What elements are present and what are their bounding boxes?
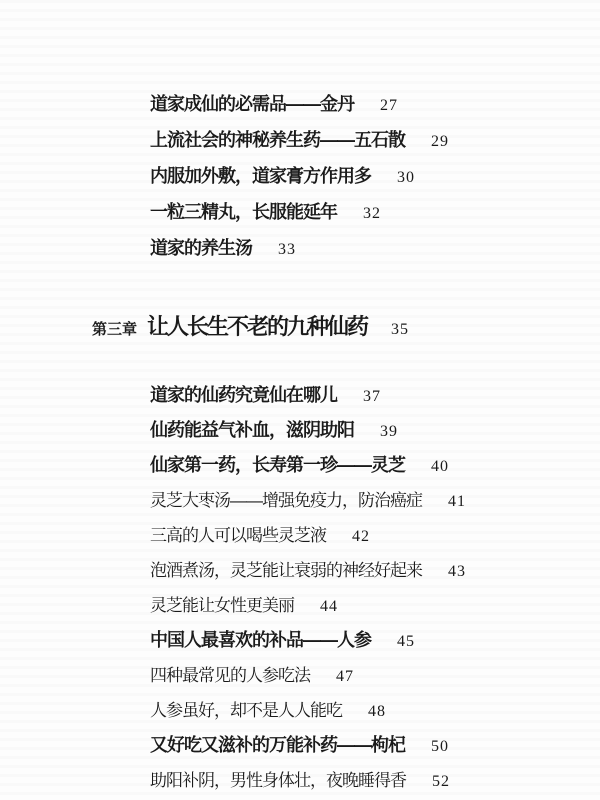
toc-entry-title: 内服加外敷，道家膏方作用多 [150,158,371,194]
chapter-heading: 第三章 让人长生不老的九种仙药 35 [0,310,600,344]
toc-entry-title: 灵芝大枣汤——增强免疫力，防治癌症 [150,483,422,518]
toc-entry-page-number: 33 [278,232,296,268]
toc-entry-page-number: 43 [448,554,466,589]
toc-entry: 仙家第一药，长寿第一珍——灵芝40 [0,448,600,483]
toc-entry-title: 四种最常见的人参吃法 [150,658,310,693]
toc-entry-title: 三高的人可以喝些灵芝液 [150,518,326,553]
toc-entry-title: 道家的仙药究竟仙在哪儿 [150,378,337,413]
toc-page: 道家成仙的必需品——金丹27上流社会的神秘养生药——五石散29内服加外敷，道家膏… [0,0,600,800]
toc-entry: 一粒三精丸，长服能延年32 [0,194,600,230]
toc-entry-page-number: 41 [448,484,466,519]
toc-entry-page-number: 39 [380,414,398,449]
toc-entry-title: 中国人最喜欢的补品——人参 [150,623,371,658]
toc-entry-title: 道家的养生汤 [150,230,252,266]
toc-entry-page-number: 52 [432,764,450,799]
toc-entry-page-number: 29 [431,124,449,160]
toc-entry: 仙药能益气补血，滋阴助阳39 [0,413,600,448]
toc-entry-page-number: 32 [363,196,381,232]
toc-entry-page-number: 48 [368,694,386,729]
toc-entry: 道家的养生汤33 [0,230,600,266]
toc-entry-page-number: 50 [431,729,449,764]
toc-entry: 三高的人可以喝些灵芝液42 [0,518,600,553]
toc-entry-title: 助阳补阴，男性身体壮，夜晚睡得香 [150,763,406,798]
toc-entry-page-number: 37 [363,379,381,414]
toc-entry-title: 仙药能益气补血，滋阴助阳 [150,413,354,448]
toc-entry: 灵芝能让女性更美丽44 [0,588,600,623]
toc-entries-previous-chapter: 道家成仙的必需品——金丹27上流社会的神秘养生药——五石散29内服加外敷，道家膏… [0,0,600,266]
toc-entry: 中国人最喜欢的补品——人参45 [0,623,600,658]
chapter-title: 让人长生不老的九种仙药 [147,310,367,344]
toc-entry-page-number: 30 [397,160,415,196]
toc-entry: 助阳补阴，男性身体壮，夜晚睡得香52 [0,763,600,798]
toc-entry-title: 又好吃又滋补的万能补药——枸杞 [150,728,405,763]
toc-entry-title: 一粒三精丸，长服能延年 [150,194,337,230]
toc-entry: 四种最常见的人参吃法47 [0,658,600,693]
toc-entry: 内服加外敷，道家膏方作用多30 [0,158,600,194]
toc-entry: 上流社会的神秘养生药——五石散29 [0,122,600,158]
toc-entry: 人参虽好，却不是人人能吃48 [0,693,600,728]
toc-entry-page-number: 45 [397,624,415,659]
toc-entries-chapter-three: 道家的仙药究竟仙在哪儿37仙药能益气补血，滋阴助阳39仙家第一药，长寿第一珍——… [0,378,600,798]
toc-entry-title: 灵芝能让女性更美丽 [150,588,294,623]
chapter-page-number: 35 [391,313,409,347]
toc-entry-page-number: 44 [320,589,338,624]
toc-entry-title: 人参虽好，却不是人人能吃 [150,693,342,728]
toc-entry: 又好吃又滋补的万能补药——枸杞50 [0,728,600,763]
toc-entry-page-number: 27 [380,88,398,124]
toc-entry-page-number: 47 [336,659,354,694]
toc-entry-page-number: 42 [352,519,370,554]
toc-entry-title: 仙家第一药，长寿第一珍——灵芝 [150,448,405,483]
toc-entry: 灵芝大枣汤——增强免疫力，防治癌症41 [0,483,600,518]
toc-entry-title: 上流社会的神秘养生药——五石散 [150,122,405,158]
toc-entry-title: 泡酒煮汤，灵芝能让衰弱的神经好起来 [150,553,422,588]
toc-entry: 道家的仙药究竟仙在哪儿37 [0,378,600,413]
toc-entry-page-number: 40 [431,449,449,484]
chapter-number-label: 第三章 [92,313,137,347]
toc-entry: 道家成仙的必需品——金丹27 [0,86,600,122]
toc-entry-title: 道家成仙的必需品——金丹 [150,86,354,122]
toc-entry: 泡酒煮汤，灵芝能让衰弱的神经好起来43 [0,553,600,588]
